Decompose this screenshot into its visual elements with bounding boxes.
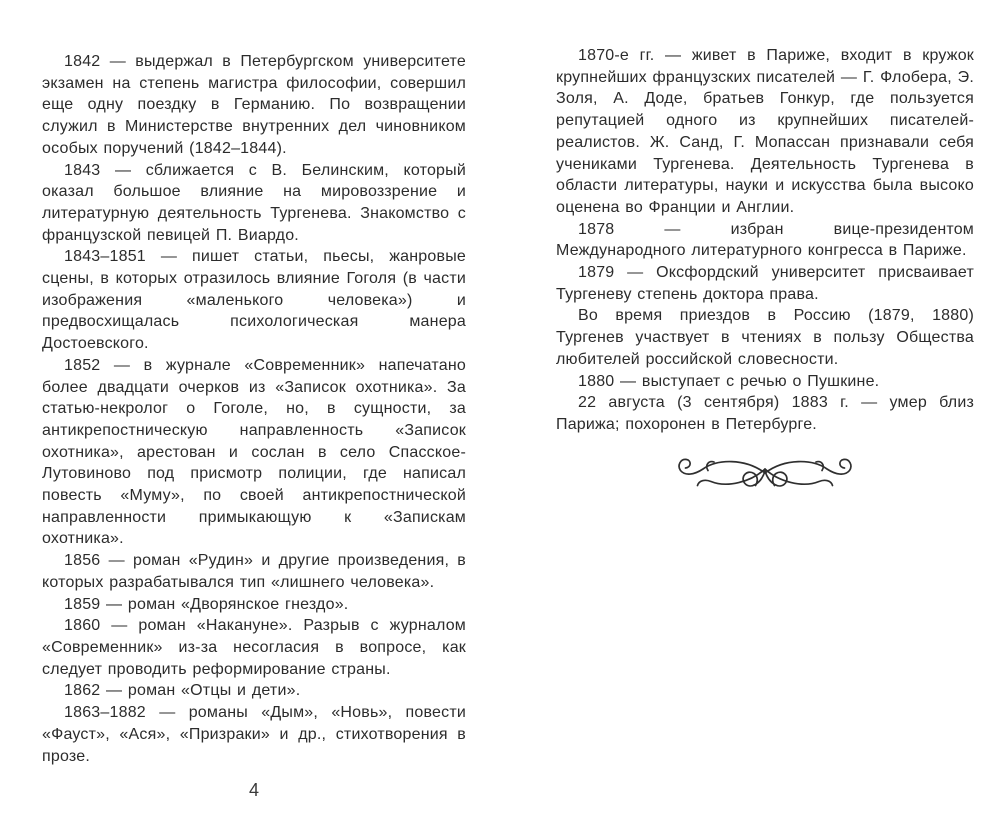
paragraph: 1843–1851 — пишет статьи, пьесы, жанровы… [42, 246, 466, 355]
paragraph: 1863–1882 — романы «Дым», «Новь», повест… [42, 702, 466, 767]
paragraph: 22 августа (3 сентября) 1883 г. — умер б… [556, 392, 974, 435]
paragraph: 1842 — выдержал в Петербургском универси… [42, 51, 466, 160]
book-spread-scan: 1842 — выдержал в Петербургском универси… [0, 0, 1000, 832]
flourish-divider-icon [675, 452, 855, 503]
paragraph: 1859 — роман «Дворянское гнездо». [42, 594, 466, 616]
paragraph: 1856 — роман «Рудин» и другие произведен… [42, 550, 466, 593]
paragraph: 1870-е гг. — живет в Париже, входит в кр… [556, 45, 974, 219]
right-page-text: 1870-е гг. — живет в Париже, входит в кр… [556, 45, 974, 436]
paragraph: 1843 — сближается с В. Белинским, которы… [42, 160, 466, 247]
paragraph: 1860 — роман «Накануне». Разрыв с журнал… [42, 615, 466, 680]
paragraph: 1862 — роман «Отцы и дети». [42, 680, 466, 702]
paragraph: 1880 — выступает с речью о Пушкине. [556, 371, 974, 393]
left-page-text: 1842 — выдержал в Петербургском универси… [42, 51, 466, 767]
page-number: 4 [42, 780, 466, 801]
paragraph: 1879 — Оксфордский университет присваива… [556, 262, 974, 305]
paragraph: 1878 — избран вице-президентом Междунаро… [556, 219, 974, 262]
section-divider [556, 452, 974, 503]
paragraph: Во время приездов в Россию (1879, 1880) … [556, 305, 974, 370]
paragraph: 1852 — в журнале «Современник» напечатан… [42, 355, 466, 550]
